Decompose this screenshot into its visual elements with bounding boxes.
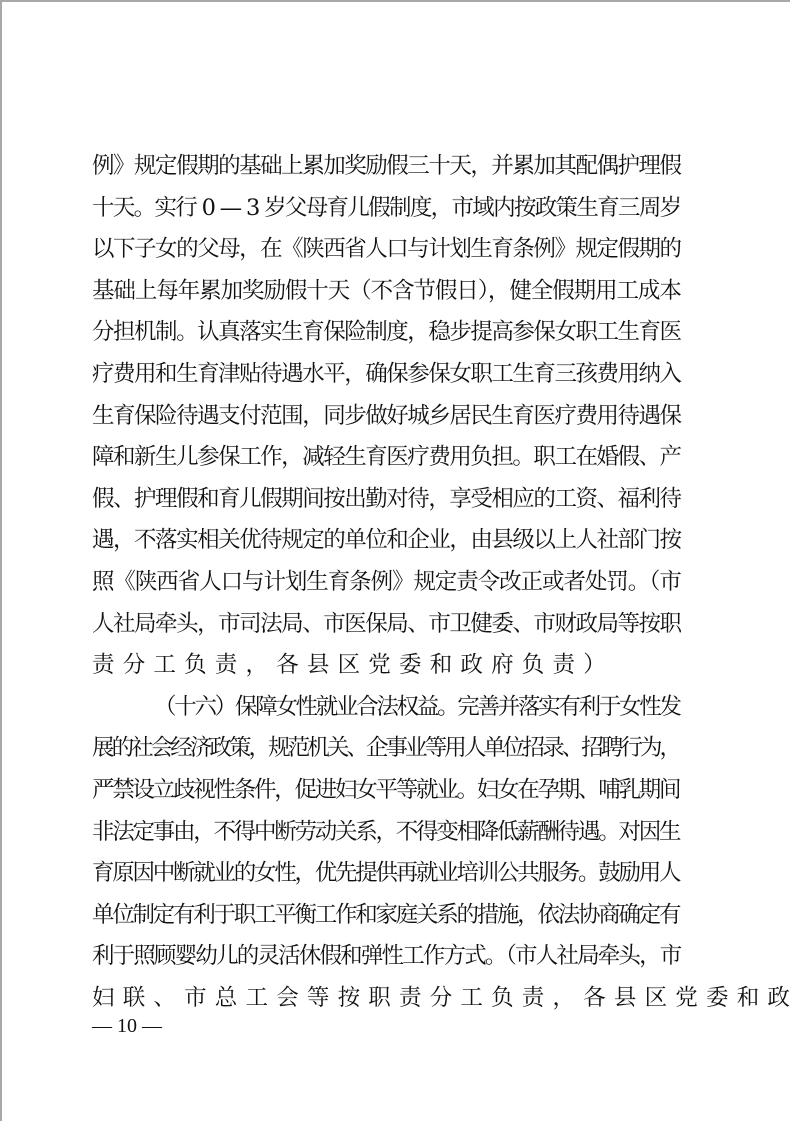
text-line: 分担机制。认真落实生育保险制度，稳步提高参保女职工生育医 bbox=[92, 312, 692, 354]
document-page: 例》规定假期的基础上累加奖励假三十天，并累加其配偶护理假 十天。实行 0 — 3… bbox=[0, 0, 793, 1121]
text-line: 照《陕西省人口与计划生育条例》规定责令改正或者处罚。（市 bbox=[92, 562, 692, 604]
document-body: 例》规定假期的基础上累加奖励假三十天，并累加其配偶护理假 十天。实行 0 — 3… bbox=[92, 146, 692, 1019]
text-line: 生育保险待遇支付范围，同步做好城乡居民生育医疗费用待遇保 bbox=[92, 396, 692, 438]
page-number: — 10 — bbox=[92, 1015, 162, 1038]
text-line: 利于照顾婴幼儿的灵活休假和弹性工作方式。（市人社局牵头，市 bbox=[92, 936, 692, 978]
page-border-left bbox=[0, 0, 2, 1121]
text-line: 展的社会经济政策，规范机关、企事业等用人单位招录、招聘行为， bbox=[92, 728, 692, 770]
text-line: 基础上每年累加奖励假十天（不含节假日），健全假期用工成本 bbox=[92, 271, 692, 313]
section-heading-line: （十六）保障女性就业合法权益。完善并落实有利于女性发 bbox=[92, 687, 692, 729]
text-line: 以下子女的父母，在《陕西省人口与计划生育条例》规定假期的 bbox=[92, 229, 692, 271]
text-line: 严禁设立歧视性条件，促进妇女平等就业。妇女在孕期、哺乳期间 bbox=[92, 770, 692, 812]
text-line: 障和新生儿参保工作，减轻生育医疗费用负担。职工在婚假、产 bbox=[92, 437, 692, 479]
text-line: 十天。实行 0 — 3 岁父母育儿假制度，市域内按政策生育三周岁 bbox=[92, 188, 692, 230]
page-border-top bbox=[0, 0, 790, 2]
text-line: 妇联、市总工会等按职责分工负责，各县区党委和政府负责） bbox=[92, 978, 692, 1020]
text-line: 疗费用和生育津贴待遇水平，确保参保女职工生育三孩费用纳入 bbox=[92, 354, 692, 396]
text-line: 育原因中断就业的女性，优先提供再就业培训公共服务。鼓励用人 bbox=[92, 853, 692, 895]
text-line: 非法定事由，不得中断劳动关系，不得变相降低薪酬待遇。对因生 bbox=[92, 812, 692, 854]
text-line: 遇，不落实相关优待规定的单位和企业，由县级以上人社部门按 bbox=[92, 520, 692, 562]
text-line: 例》规定假期的基础上累加奖励假三十天，并累加其配偶护理假 bbox=[92, 146, 692, 188]
text-line: 假、护理假和育儿假期间按出勤对待，享受相应的工资、福利待 bbox=[92, 479, 692, 521]
text-line: 人社局牵头，市司法局、市医保局、市卫健委、市财政局等按职 bbox=[92, 604, 692, 646]
text-line: 责分工负责，各县区党委和政府负责） bbox=[92, 645, 692, 687]
text-line: 单位制定有利于职工平衡工作和家庭关系的措施，依法协商确定有 bbox=[92, 895, 692, 937]
